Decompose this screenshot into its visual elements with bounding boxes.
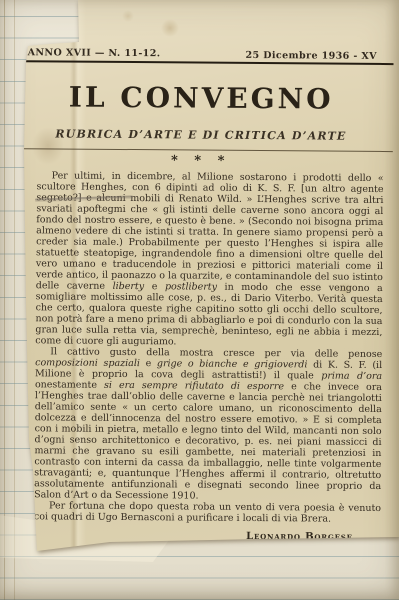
text-segment: Per ultimi, in dicembre, al Milione sost… (36, 170, 384, 291)
paragraph-2: Il cattivo gusto della mostra cresce per… (34, 346, 382, 503)
masthead-subtitle: RUBRICA D’ARTE E DI CRITICA D’ARTE (11, 127, 391, 143)
text-segment: e (144, 281, 165, 292)
masthead-title: IL CONVEGNO (11, 80, 391, 116)
clipping-content: ANNO XVII — N. 11-12. 25 Dicembre 1936 -… (0, 0, 399, 563)
text-segment: Per fortuna che dopo questa roba un vent… (34, 500, 381, 524)
issue-number: ANNO XVII — N. 11-12. (28, 47, 161, 59)
text-segment: e che invece ora l’Henghes trae dall’obl… (34, 381, 382, 501)
text-segment-italic: prima d’ora (321, 371, 382, 382)
newspaper-clipping: ANNO XVII — N. 11-12. 25 Dicembre 1936 -… (0, 0, 399, 600)
text-segment: e (140, 358, 157, 369)
text-segment: onestamente (35, 379, 104, 391)
clipping-paper: ANNO XVII — N. 11-12. 25 Dicembre 1936 -… (0, 0, 399, 560)
issue-date: 25 Dicembre 1936 - XV (246, 50, 377, 62)
scrapbook-page: ANNO XVII — N. 11-12. 25 Dicembre 1936 -… (0, 0, 399, 600)
text-segment-italic: composizioni spaziali (35, 357, 140, 369)
text-segment-italic: liberty (113, 281, 145, 292)
text-segment-italic: postliberty (165, 281, 217, 292)
article-body: Per ultimi, in dicembre, al Milione sost… (34, 170, 384, 543)
byline: Leonardo Borgese (34, 529, 353, 543)
asterisk-ornament: * * * (11, 152, 391, 170)
paragraph-3: Per fortuna che dopo questa roba un vent… (34, 500, 381, 525)
